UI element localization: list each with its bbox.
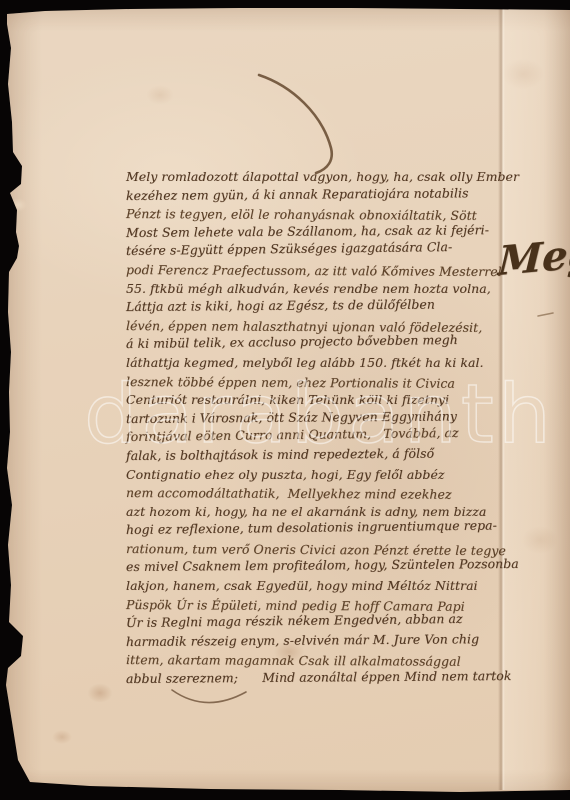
manuscript-line: kezéhez nem gyün, á ki annak Reparatiojá… — [126, 184, 518, 206]
manuscript-line: hogi ez reflexione, tum desolationis ing… — [126, 516, 518, 539]
manuscript-line: láthattja kegmed, melyből leg alább 150.… — [126, 354, 518, 373]
manuscript-line: Contignatio ehez oly puszta, hogi, Egy f… — [126, 466, 518, 485]
manuscript-line: harmadik részeig enym, s-elvivén már M. … — [126, 630, 518, 652]
manuscript-line: lesznek többé éppen nem, ehez Portionali… — [126, 373, 518, 394]
manuscript-line: abbul szereznem; Mind azonáltal éppen Mi… — [126, 667, 518, 689]
manuscript-line: es mivel Csaknem lem profiteálom, hogy, … — [126, 555, 518, 577]
manuscript-line: á ki mibül telik, ex accluso projecto bő… — [126, 331, 518, 354]
manuscript-line: falak, is bolthajtások is mind repedezte… — [126, 444, 518, 466]
manuscript-paper: Megd Mely romladozott álapottal vagyon, … — [0, 0, 570, 800]
manuscript-line: podi Ferencz Praefectussom, az itt való … — [126, 261, 518, 282]
manuscript-line: Láttja azt is kiki, hogi az Egész, ts de… — [126, 295, 518, 317]
manuscript-line: nem accomodáltathatik, Mellyekhez mind e… — [126, 484, 518, 505]
manuscript-line: Úr is Reglni maga részik nékem Engedvén,… — [126, 609, 518, 632]
signature-swash — [172, 690, 246, 703]
letter-body: Mely romladozott álapottal vagyon, hogy,… — [126, 168, 518, 689]
manuscript-line: tésére s-Együtt éppen Szükséges igazgatá… — [126, 238, 518, 261]
scanned-letter: Megd Mely romladozott álapottal vagyon, … — [0, 0, 570, 800]
manuscript-line: lakjon, hanem, csak Egyedül, hogy mind M… — [126, 577, 518, 596]
